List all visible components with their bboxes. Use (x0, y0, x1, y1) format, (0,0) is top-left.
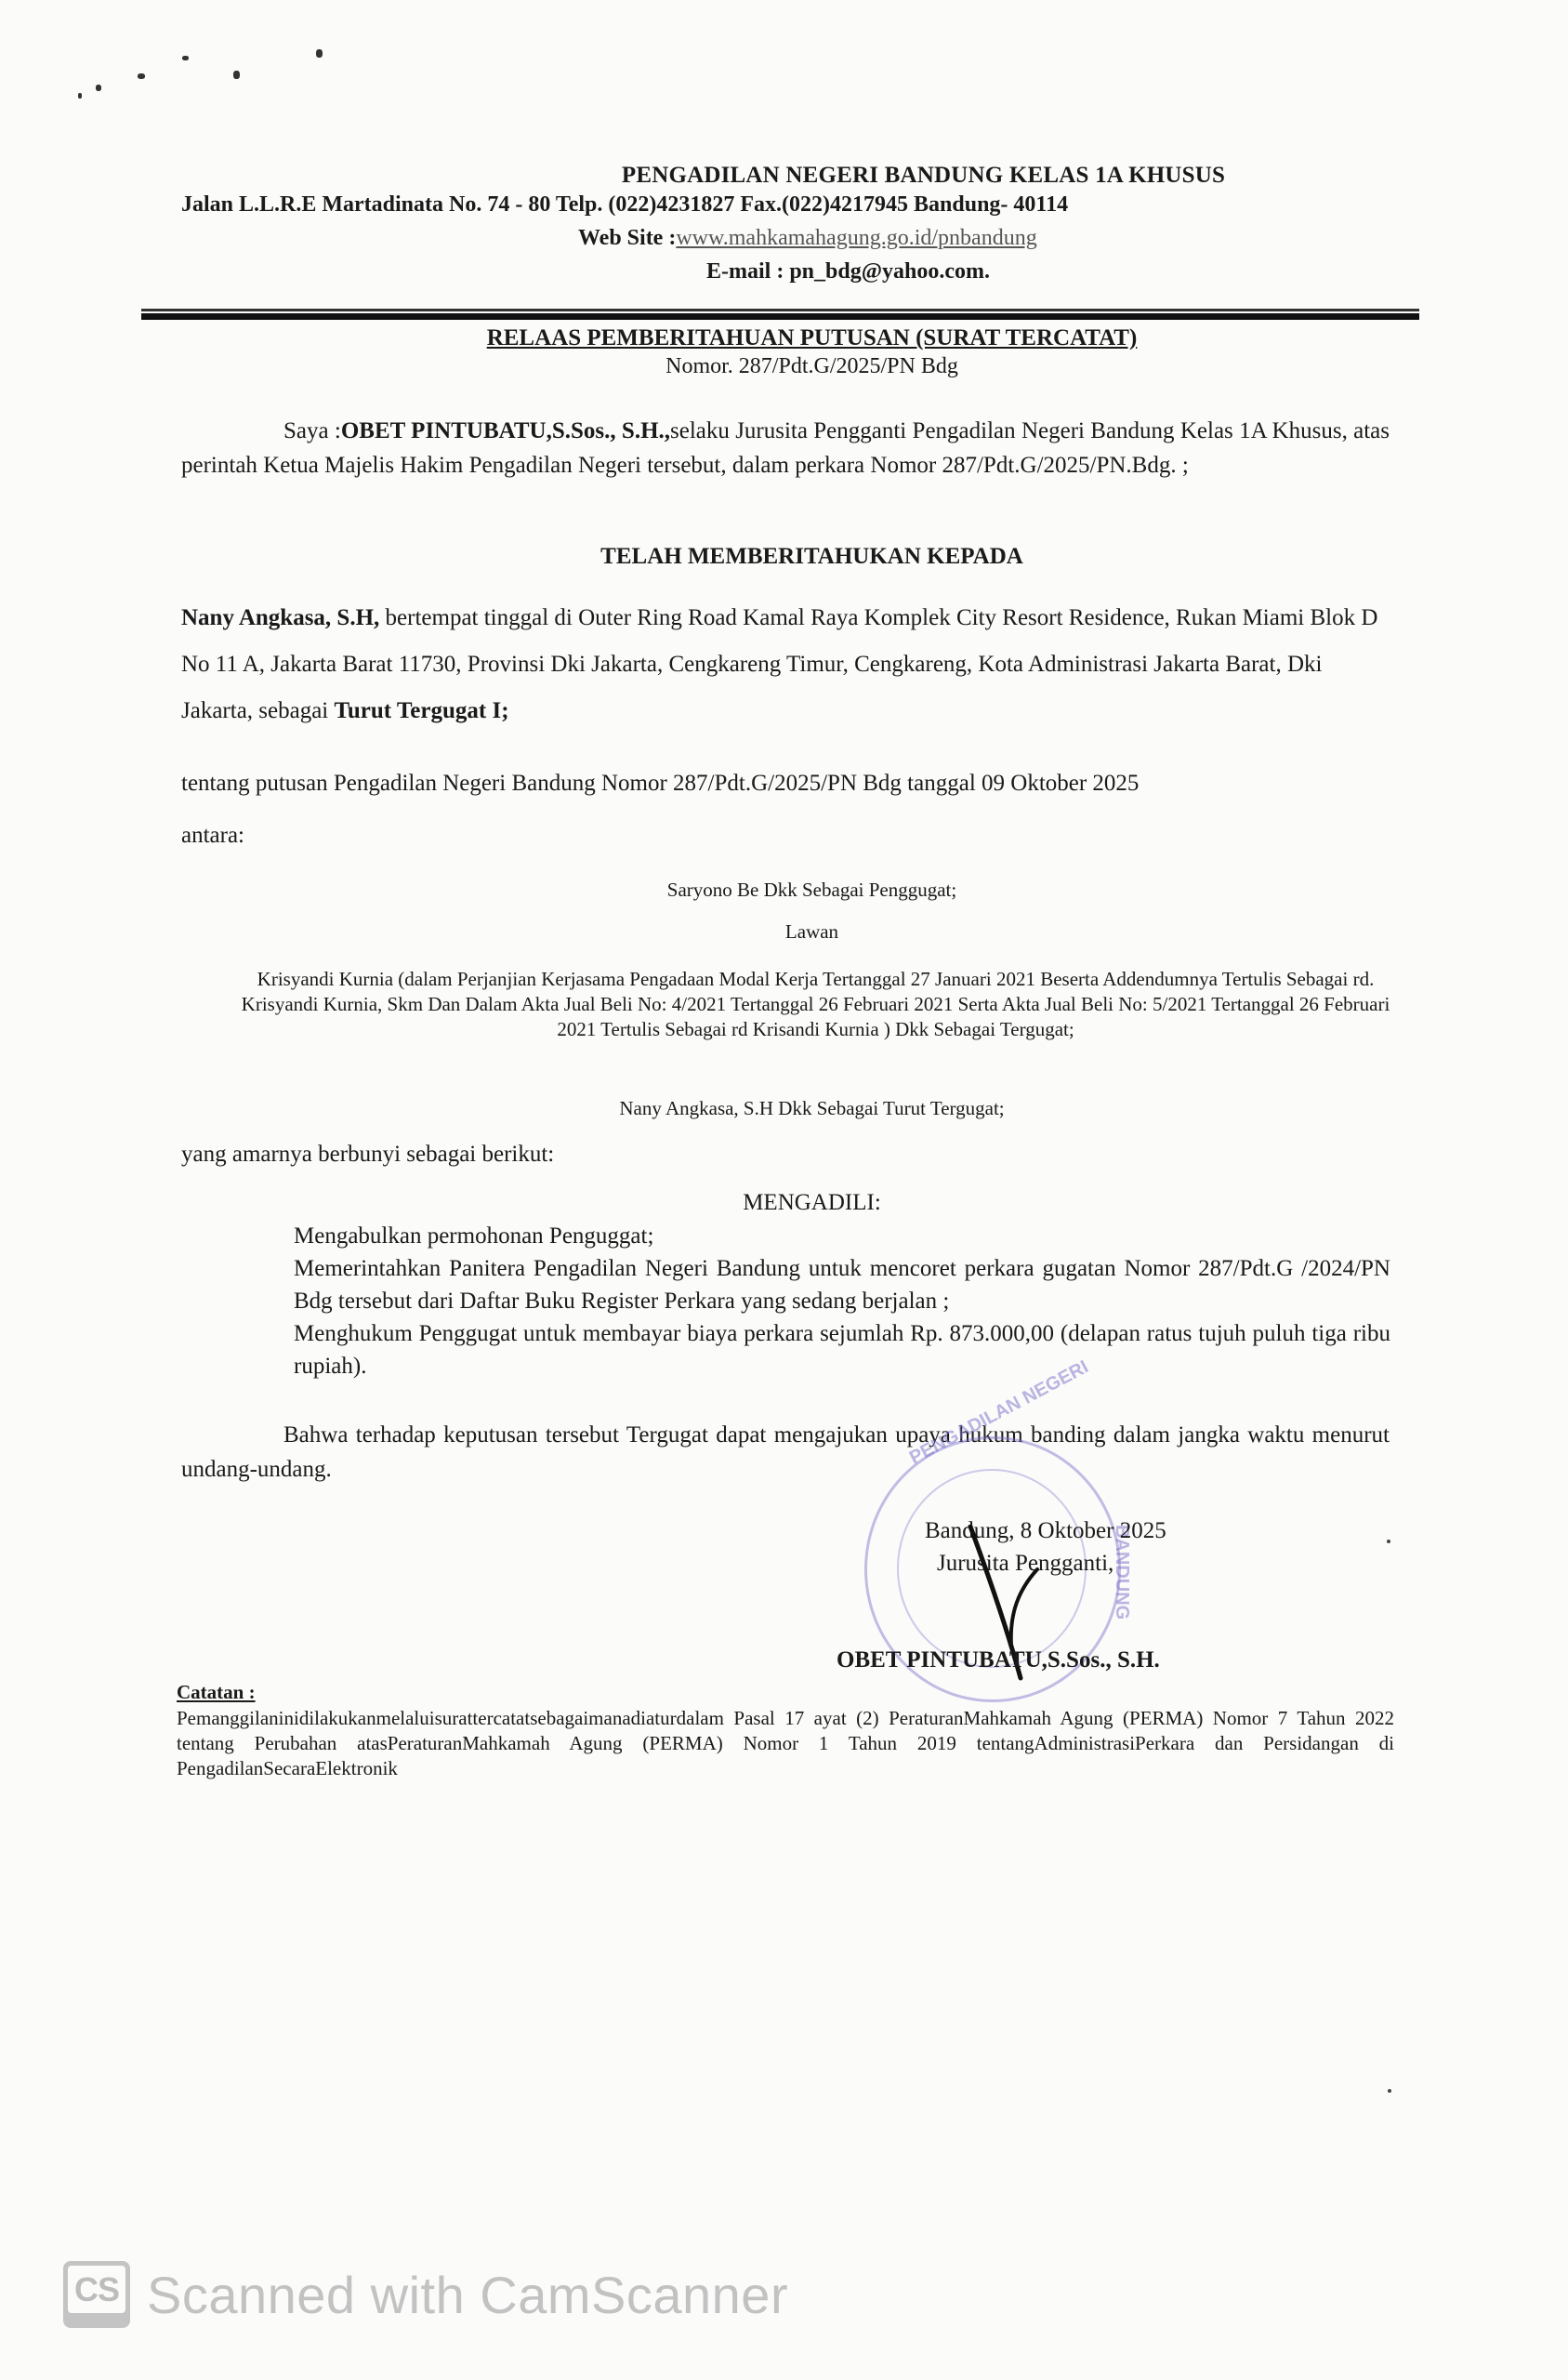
letterhead-divider-thick (141, 313, 1419, 320)
court-email: E-mail : pn_bdg@yahoo.com. (706, 259, 990, 284)
handwriting-mark (316, 49, 323, 58)
note-text: Pemanggilaninidilakukanmelaluisuratterca… (177, 1706, 1394, 1781)
between-label: antara: (181, 813, 1390, 859)
signature-place-date: Bandung, 8 Oktober 2025 (925, 1518, 1166, 1544)
stray-mark (1388, 2089, 1391, 2093)
intro-prefix: Saya : (283, 418, 341, 443)
court-website: Web Site :www.mahkamahagung.go.id/pnband… (578, 226, 1037, 251)
decision-reference-text: tentang putusan Pengadilan Negeri Bandun… (181, 760, 1390, 807)
recipient-role: Turut Tergugat I; (335, 698, 509, 723)
co-defendant-party: Nany Angkasa, S.H Dkk Sebagai Turut Terg… (0, 1097, 1568, 1120)
decision-reference: tentang putusan Pengadilan Negeri Bandun… (181, 760, 1390, 859)
website-link[interactable]: www.mahkamahagung.go.id/pnbandung (676, 226, 1036, 250)
ruling-item: Mengabulkan permohonan Penguggat; (294, 1220, 1390, 1252)
plaintiff-party: Saryono Be Dkk Sebagai Penggugat; (0, 879, 1568, 902)
handwriting-mark (138, 73, 145, 79)
document-number: Nomor. 287/Pdt.G/2025/PN Bdg (0, 354, 1568, 379)
stray-mark (1387, 1540, 1390, 1543)
ruling-item: Menghukum Penggugat untuk membayar biaya… (294, 1317, 1390, 1382)
camscanner-logo-icon: CS (63, 2261, 130, 2328)
versus-label: Lawan (0, 920, 1568, 944)
court-address: Jalan L.L.R.E Martadinata No. 74 - 80 Te… (181, 192, 1068, 218)
note-label: Catatan : (177, 1681, 256, 1704)
court-name: PENGADILAN NEGERI BANDUNG KELAS 1A KHUSU… (0, 163, 1568, 189)
ruling-item: Memerintahkan Panitera Pengadilan Negeri… (294, 1252, 1390, 1317)
document-title: RELAAS PEMBERITAHUAN PUTUSAN (SURAT TERC… (0, 325, 1568, 351)
handwriting-mark (96, 85, 101, 91)
watermark-text: Scanned with CamScanner (147, 2265, 788, 2325)
camscanner-watermark: CS Scanned with CamScanner (63, 2261, 788, 2328)
handwriting-mark (233, 71, 240, 79)
ruling-list: Mengabulkan permohonan Penguggat; Memeri… (294, 1220, 1390, 1382)
ruling-heading: MENGADILI: (0, 1190, 1568, 1216)
letterhead-divider-thin (141, 309, 1419, 311)
handwriting-mark (182, 56, 189, 60)
recipient-paragraph: Nany Angkasa, S.H, bertempat tinggal di … (181, 595, 1390, 734)
notice-heading: TELAH MEMBERITAHUKAN KEPADA (0, 544, 1568, 570)
appeal-note: Bahwa terhadap keputusan tersebut Tergug… (181, 1418, 1390, 1487)
recipient-name: Nany Angkasa, S.H, (181, 605, 379, 630)
defendant-party: Krisyandi Kurnia (dalam Perjanjian Kerja… (223, 967, 1408, 1042)
ruling-intro: yang amarnya berbunyi sebagai berikut: (181, 1142, 554, 1168)
signatory-name: OBET PINTUBATU,S.Sos., S.H. (837, 1647, 1160, 1673)
officer-name: OBET PINTUBATU,S.Sos., S.H., (341, 418, 670, 443)
handwriting-mark (78, 93, 82, 99)
website-label: Web Site : (578, 226, 676, 250)
intro-paragraph: Saya :OBET PINTUBATU,S.Sos., S.H.,selaku… (181, 414, 1390, 483)
